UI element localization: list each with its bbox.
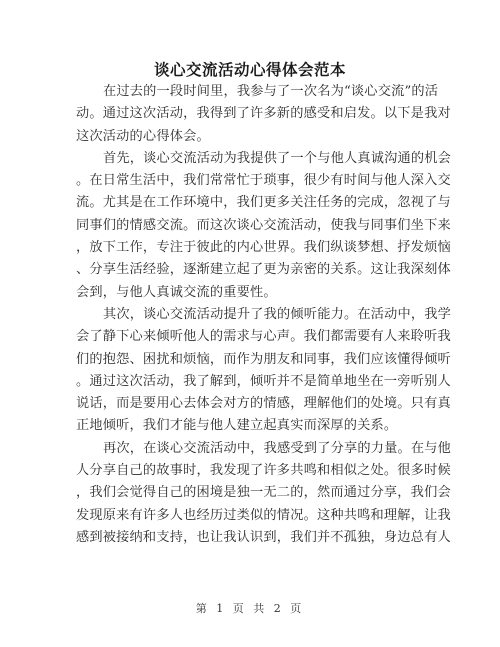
document-body: 在过去的一段时间里，我参与了一次名为“谈心交流”的活 动。通过这次活动，我得到了… — [76, 81, 428, 549]
paragraph-2-line: 首先，谈心交流活动为我提供了一个与他人真诚沟通的机会 — [76, 148, 428, 170]
page-indicator: 第 1 页 共 2 页 — [0, 600, 500, 616]
paragraph-1-line: 动。通过这次活动，我得到了许多新的感受和启发。以下是我对 — [76, 103, 428, 125]
paragraph-2-line: 会到，与他人真诚交流的重要性。 — [76, 282, 428, 304]
paragraph-2-line: 、分享生活经验，逐渐建立起了更为亲密的关系。这让我深刻体 — [76, 259, 428, 281]
paragraph-4-line: 感到被接纳和支持，也让我认识到，我们并不孤独，身边总有人 — [76, 527, 428, 549]
paragraph-4-line: 发现原来有许多人也经历过类似的情况。这种共鸣和理解，让我 — [76, 505, 428, 527]
paragraph-1-line: 这次活动的心得体会。 — [76, 126, 428, 148]
paragraph-1-line: 在过去的一段时间里，我参与了一次名为“谈心交流”的活 — [76, 81, 428, 103]
paragraph-2-line: 流。尤其是在工作环境中，我们更多关注任务的完成，忽视了与 — [76, 192, 428, 214]
paragraph-3-line: 说话，而是要用心去体会对方的情感，理解他们的处境。只有真 — [76, 393, 428, 415]
paragraph-3-line: 会了静下心来倾听他人的需求与心声。我们都需要有人来聆听我 — [76, 326, 428, 348]
paragraph-2-line: ，放下工作，专注于彼此的内心世界。我们纵谈梦想、抒发烦恼 — [76, 237, 428, 259]
paragraph-3-line: 们的抱怨、困扰和烦恼，而作为朋友和同事，我们应该懂得倾听 — [76, 349, 428, 371]
paragraph-3-line: 。通过这次活动，我了解到，倾听并不是简单地坐在一旁听别人 — [76, 371, 428, 393]
paragraph-3-line: 其次，谈心交流活动提升了我的倾听能力。在活动中，我学 — [76, 304, 428, 326]
paragraph-4-line: 人分享自己的故事时，我发现了许多共鸣和相似之处。很多时候 — [76, 460, 428, 482]
paragraph-4-line: 再次，在谈心交流活动中，我感受到了分享的力量。在与他 — [76, 438, 428, 460]
paragraph-3-line: 正地倾听，我们才能与他人建立起真实而深厚的关系。 — [76, 415, 428, 437]
paragraph-2-line: 。在日常生活中，我们常常忙于琐事，很少有时间与他人深入交 — [76, 170, 428, 192]
document-page: 谈心交流活动心得体会范本 在过去的一段时间里，我参与了一次名为“谈心交流”的活 … — [0, 0, 500, 647]
document-title: 谈心交流活动心得体会范本 — [0, 58, 500, 80]
paragraph-4-line: ，我们会觉得自己的困境是独一无二的，然而通过分享，我们会 — [76, 482, 428, 504]
paragraph-2-line: 同事们的情感交流。而这次谈心交流活动，使我与同事们坐下来 — [76, 215, 428, 237]
